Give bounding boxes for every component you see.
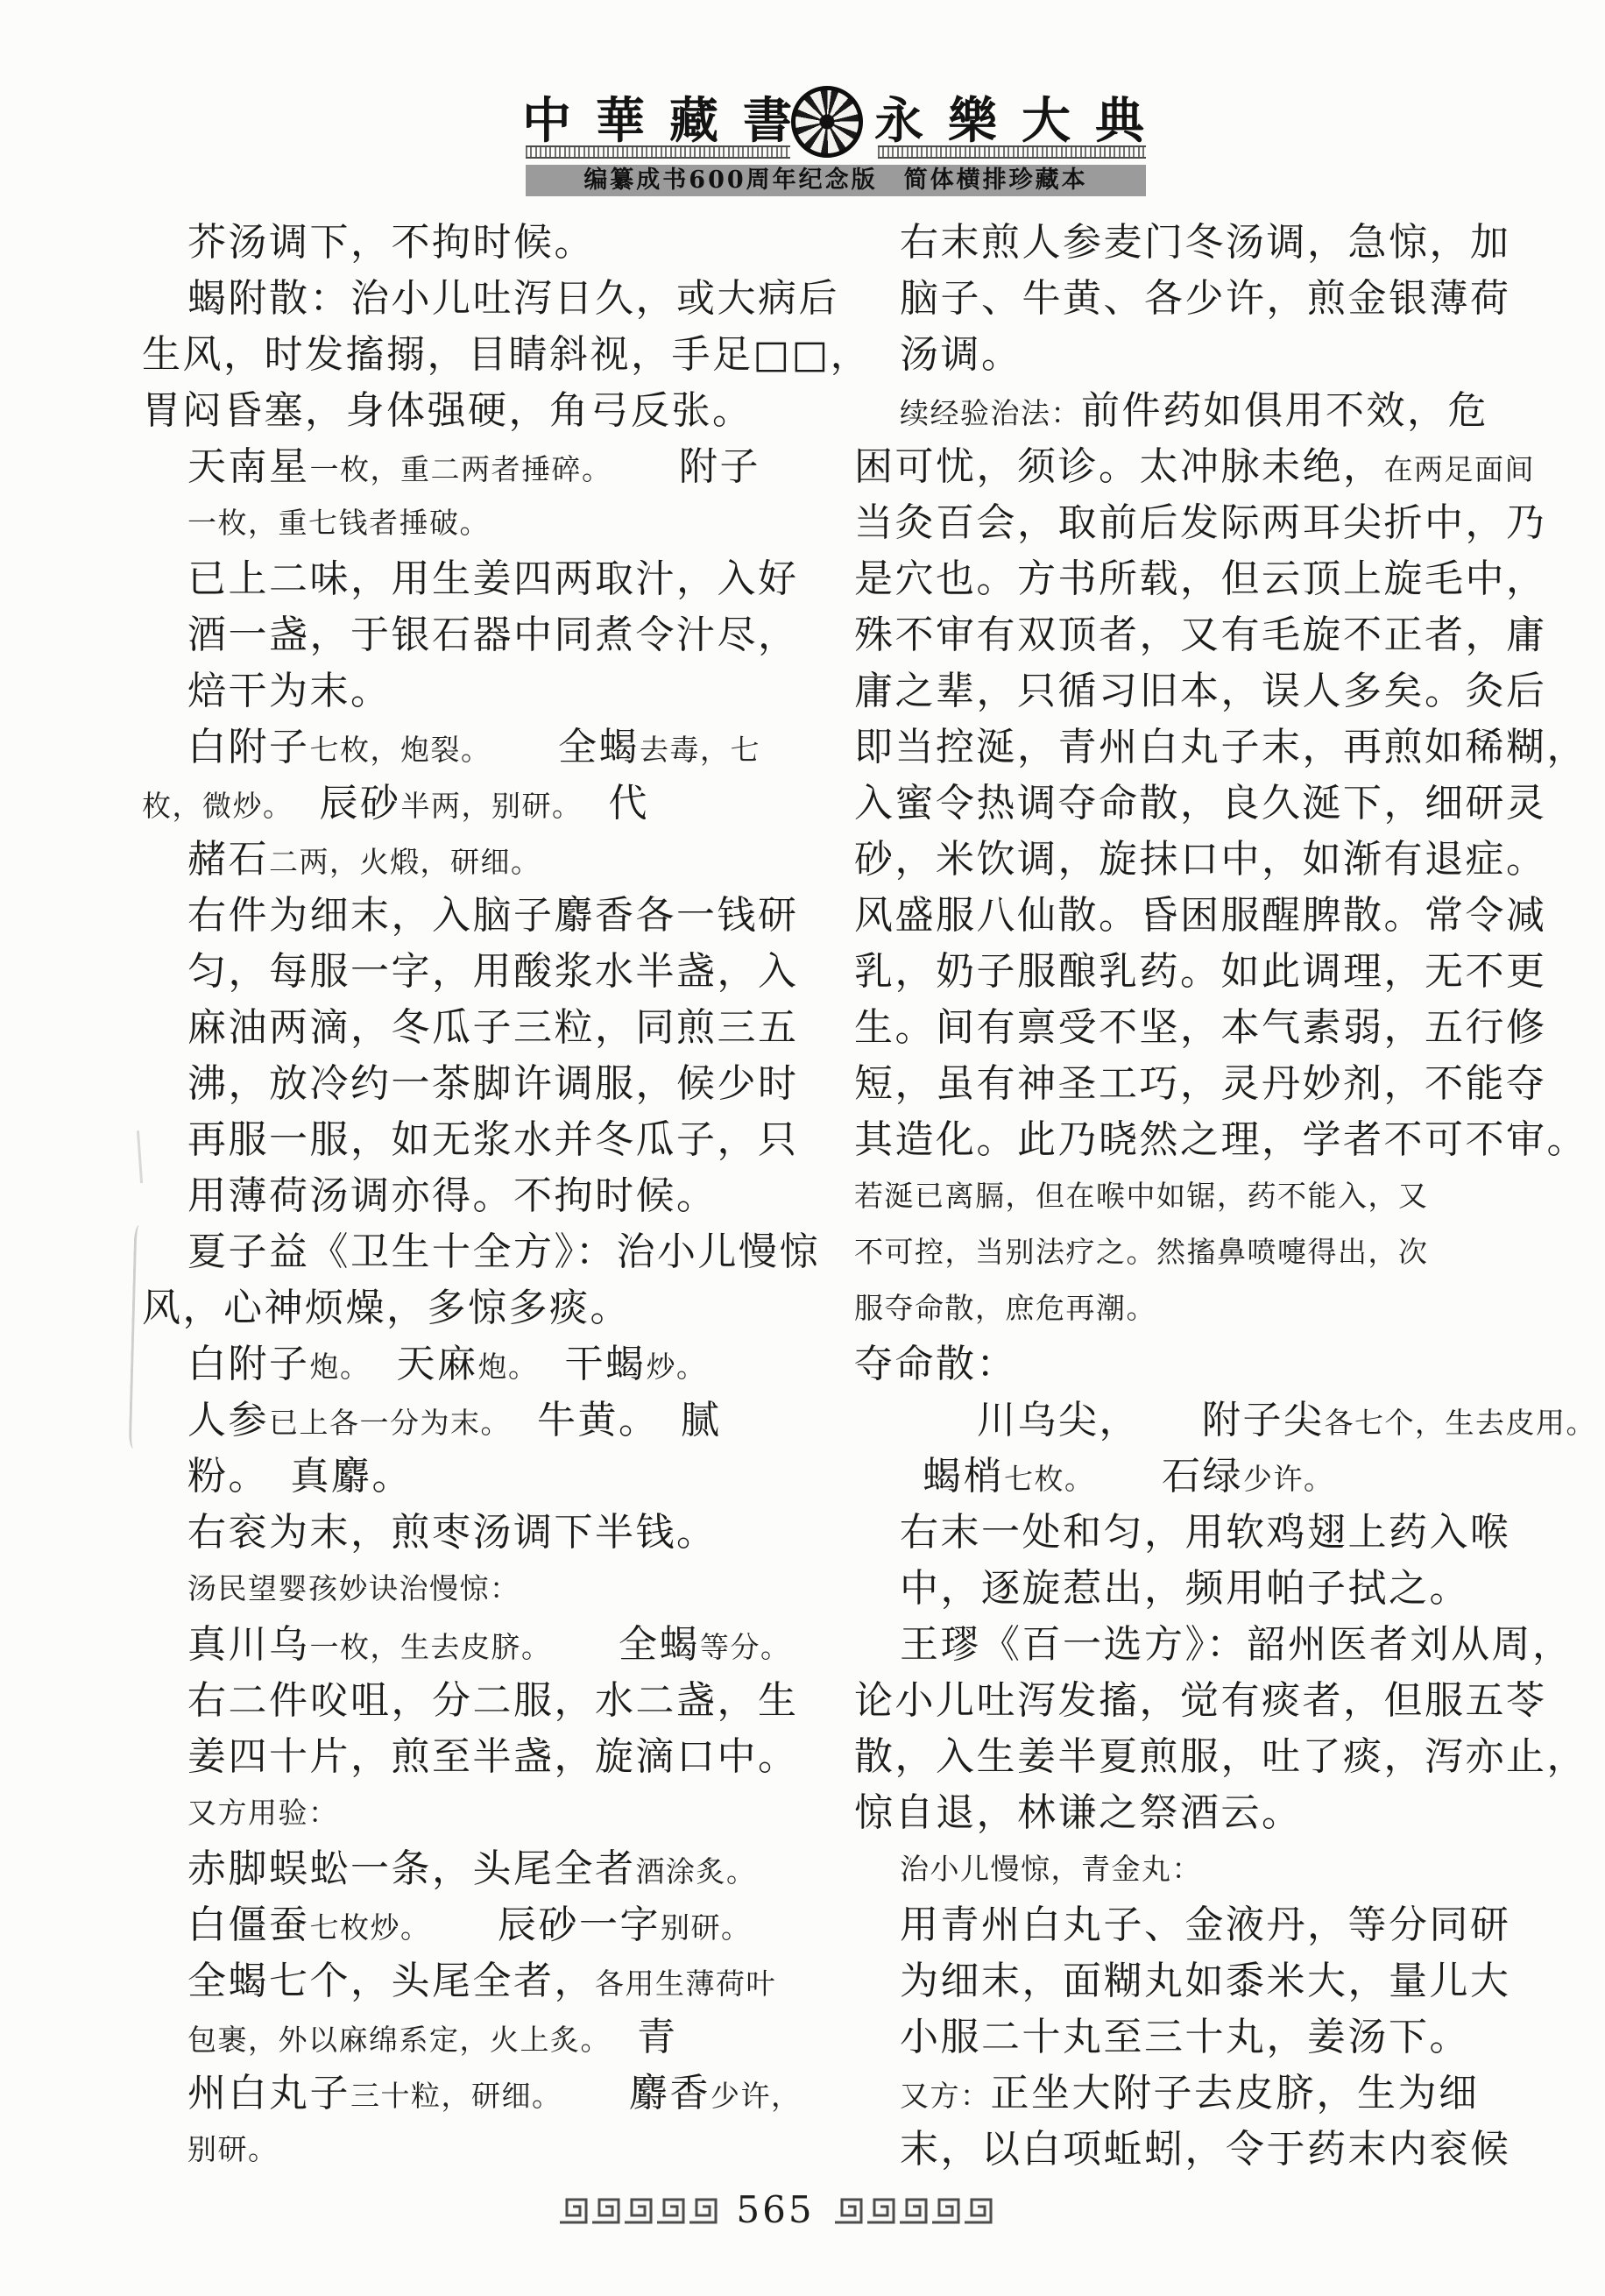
annotation-text-run: 又方用验： (187, 1796, 339, 1830)
text-line: 王璆《百一选方》：韶州医者刘从周， (854, 1617, 1533, 1673)
annotation-text-run: 汤民望婴孩妙诀治慢惊： (187, 1571, 520, 1605)
text-line: 一枚，重七钱者捶破。 (142, 495, 832, 551)
text-line: 又方用验： (142, 1785, 832, 1841)
body-text-run (477, 725, 558, 769)
annotation-text-run: 七枚炒。 (310, 1910, 417, 1945)
body-text-run: 乳，奶子服酿乳药。如此调理，无不更 (854, 949, 1547, 994)
page-footer: 565 (557, 2189, 993, 2231)
body-text-run: 焙干为末。 (187, 669, 392, 713)
body-text-run: 右末一处和匀，用软鸡翅上药入喉 (900, 1510, 1511, 1555)
text-line: 用薄荷汤调亦得。不拘时候。 (142, 1168, 832, 1224)
body-text-run (497, 1398, 538, 1442)
body-text-run: 汤调。 (900, 332, 1022, 377)
body-text-run: 其造化。此乃晓然之理，学者不可不审。 (854, 1117, 1587, 1162)
body-text-run (548, 2071, 629, 2115)
body-text-run: 右末煎人参麦门冬汤调，急惊，加 (900, 220, 1511, 265)
annotation-text-run: 炮。 (310, 1350, 357, 1384)
body-text-run: 州白丸子 (187, 2071, 350, 2115)
body-text-run: 是穴也。方书所载，但云顶上旋毛中， (854, 556, 1547, 601)
annotation-text-run: 等分。 (700, 1630, 791, 1664)
body-text-run (537, 1622, 619, 1667)
annotation-text-run: 少许， (711, 2079, 802, 2113)
annotation-text-run: 炮。 (478, 1350, 525, 1384)
body-text-run: 全蝎 (619, 1622, 700, 1667)
body-text-run (250, 1454, 291, 1499)
text-line: 蝎梢七枚。 石绿少许。 (854, 1449, 1533, 1505)
text-line: 人参已上各一分为末。 牛黄。 腻 (142, 1392, 832, 1449)
series-title: 中華藏書 (522, 95, 817, 147)
annotation-text-run: 又方： (900, 2079, 991, 2113)
body-text-run: 入蜜令热调夺命散，良久涎下，细研灵 (854, 781, 1547, 826)
body-text-run: 王璆《百一选方》：韶州医者刘从周， (900, 1622, 1573, 1667)
text-line: 散，入生姜半夏煎服，吐了痰，泻亦止， (854, 1729, 1533, 1785)
body-text-run: 白附子 (187, 1342, 310, 1386)
body-text-run: 为细末，面糊丸如黍米大，量儿大 (900, 1959, 1511, 2003)
body-text-run: 末，以白项蚯蚓，令于药末内衮候 (900, 2127, 1511, 2172)
text-line: 蝎附散：治小儿吐泻日久，或大病后 (142, 271, 832, 327)
text-line: 州白丸子三十粒，研细。 麝香少许， (142, 2066, 832, 2122)
annotation-text-run: 一枚，重七钱者捶破。 (187, 506, 490, 540)
text-line: 赭石二两，火煅，研细。 (142, 832, 832, 888)
text-line: 风，心神烦燥，多惊多痰。 (142, 1280, 832, 1336)
annotation-text-run: 续经验治法： (900, 396, 1081, 430)
body-text-run: 困可忧，须诊。太冲脉未绝， (854, 444, 1384, 489)
annotation-text-run: 一枚，生去皮脐。 (310, 1630, 538, 1664)
text-line: 论小儿吐泻发搐，觉有痰者，但服五苓 (854, 1673, 1533, 1729)
body-text-run: 右件为细末，入脑子麝香各一钱研 (187, 893, 799, 938)
text-line: 乳，奶子服酿乳药。如此调理，无不更 (854, 944, 1533, 1000)
text-line: 风盛服八仙散。昏困服醒脾散。常令减 (854, 888, 1533, 944)
body-text-run: 前件药如俱用不效，危 (1081, 388, 1488, 433)
body-text-run (416, 1903, 498, 1947)
annotation-text-run: 三十粒，研细。 (350, 2079, 548, 2113)
text-line: 小服二十丸至三十丸，姜汤下。 (854, 2009, 1533, 2066)
text-line: 汤民望婴孩妙诀治慢惊： (142, 1561, 832, 1617)
annotation-text-run: 服夺命散，庶危再潮。 (854, 1291, 1156, 1325)
annotation-text-run: 各七个，生去皮用。 (1325, 1406, 1597, 1440)
body-text-run: 用青州白丸子、金液丹，等分同研 (900, 1903, 1511, 1947)
text-line: 再服一服，如无浆水并冬瓜子，只 (142, 1112, 832, 1168)
body-text-run: 川乌尖， (977, 1398, 1121, 1442)
body-text-run: 蝎梢 (923, 1454, 1004, 1499)
body-text-run (640, 1398, 682, 1442)
text-line: 全蝎七个，头尾全者，各用生薄荷叶 (142, 1953, 832, 2009)
book-title: 永樂大典 (874, 95, 1169, 147)
body-text-run: 正坐大附子去皮脐，生为细 (991, 2071, 1480, 2115)
text-line: 惊自退，林谦之祭酒云。 (854, 1785, 1533, 1841)
body-text-run: 白附子 (187, 725, 310, 769)
text-line: 麻油两滴，冬瓜子三粒，同煎三五 (142, 1000, 832, 1056)
body-text-run: 散，入生姜半夏煎服，吐了痰，泻亦止， (854, 1734, 1587, 1779)
text-line: 川乌尖， 附子尖各七个，生去皮用。 (854, 1392, 1533, 1449)
body-text-run: 胃闷昏塞，身体强硬，角弓反张。 (142, 388, 753, 433)
body-text-run: 麝香 (629, 2071, 711, 2115)
text-line: 右末一处和匀，用软鸡翅上药入喉 (854, 1505, 1533, 1561)
text-line: 粉。 真麝。 (142, 1449, 832, 1505)
body-text-run: 即当控涎，青州白丸子末，再煎如稀糊， (854, 725, 1587, 769)
body-text-run: 殊不审有双顶者，又有毛旋不正者，庸 (854, 613, 1547, 657)
text-line: 若涎已离膈，但在喉中如锯，药不能入，又 (854, 1168, 1533, 1224)
scanned-book-page: 中華藏書 永樂大典 编纂成书600周年纪念版 简体横排珍藏本 芥汤调下，不拘时候… (0, 0, 1605, 2296)
body-text-run: 代 (609, 781, 650, 826)
text-line: 匀，每服一字，用酸浆水半盏，入 (142, 944, 832, 1000)
body-text-run: 辰砂 (320, 781, 401, 826)
body-text-run: 风盛服八仙散。昏困服醒脾散。常令减 (854, 893, 1547, 938)
text-line: 酒一盏，于银石器中同煮令汁尽， (142, 607, 832, 663)
text-column-right: 右末煎人参麦门冬汤调，急惊，加脑子、牛黄、各少许，煎金银薄荷汤调。续经验治法：前… (854, 215, 1533, 2178)
body-text-run: 用薄荷汤调亦得。不拘时候。 (187, 1173, 718, 1218)
meander-ornament-icon (832, 2194, 993, 2226)
body-text-run: 生。间有禀受不坚，本气素弱，五行修 (854, 1005, 1547, 1050)
body-text-run: 腻 (681, 1398, 722, 1442)
publisher-seal-icon (791, 86, 863, 158)
text-line: 夏子益《卫生十全方》：治小儿慢惊 (142, 1224, 832, 1280)
body-text-run: 匀，每服一字，用酸浆水半盏，入 (187, 949, 799, 994)
body-text-run (279, 781, 320, 826)
body-text-run: 全蝎七个，头尾全者， (187, 1959, 595, 2003)
text-line: 中，逐旋惹出，频用帕子拭之。 (854, 1561, 1533, 1617)
edition-banner: 编纂成书600周年纪念版 简体横排珍藏本 (526, 165, 1146, 196)
text-line: 为细末，面糊丸如黍米大，量儿大 (854, 1953, 1533, 2009)
body-text-run: 生风，时发搐搦，目睛斜视，手足□□， (142, 332, 871, 377)
body-text-run (356, 1342, 397, 1386)
text-line: 枚，微炒。 辰砂半两，别研。 代 (142, 776, 832, 832)
body-text-run: 附子 (679, 444, 760, 489)
body-text-run: 惊自退，林谦之祭酒云。 (854, 1790, 1303, 1835)
body-text-run: 蝎附散：治小儿吐泻日久，或大病后 (187, 276, 839, 321)
annotation-text-run: 若涎已离膈，但在喉中如锯，药不能入，又 (854, 1179, 1429, 1213)
text-line: 其造化。此乃晓然之理，学者不可不审。 (854, 1112, 1533, 1168)
text-line: 砂，米饮调，旋抹口中，如渐有退症。 (854, 832, 1533, 888)
annotation-text-run: 炒。 (647, 1350, 707, 1384)
text-line: 生风，时发搐搦，目睛斜视，手足□□， (142, 327, 832, 383)
body-text-run: 小服二十丸至三十丸，姜汤下。 (900, 2015, 1470, 2059)
text-line: 白附子七枚，炮裂。 全蝎去毒，七 (142, 719, 832, 776)
text-line: 用青州白丸子、金液丹，等分同研 (854, 1897, 1533, 1953)
annotation-text-run: 别研。 (187, 2132, 279, 2166)
annotation-text-run: 七枚。 (1004, 1462, 1080, 1496)
text-line: 包裹，外以麻绵系定，火上炙。 青 (142, 2009, 832, 2066)
annotation-text-run: 别研。 (661, 1910, 752, 1945)
body-text-run: 芥汤调下，不拘时候。 (187, 220, 595, 265)
text-line: 已上二味，用生姜四两取汁，入好 (142, 551, 832, 607)
body-text-run: 当灸百会，取前后发际两耳尖折中，乃 (854, 500, 1547, 545)
text-line: 焙干为末。 (142, 663, 832, 719)
text-line: 即当控涎，青州白丸子末，再煎如稀糊， (854, 719, 1533, 776)
annotation-text-run: 二两，火煅，研细。 (269, 845, 541, 879)
annotation-text-run: 少许。 (1243, 1462, 1334, 1496)
body-text-run: 脑子、牛黄、各少许，煎金银薄荷 (900, 276, 1511, 321)
text-line: 服夺命散，庶危再潮。 (854, 1280, 1533, 1336)
body-text-run: 真川乌 (187, 1622, 310, 1667)
annotation-text-run: 在两足面间 (1384, 452, 1536, 486)
body-text-run: 麻油两滴，冬瓜子三粒，同煎三五 (187, 1005, 799, 1050)
body-text-run: 天南星 (187, 444, 310, 489)
body-text-run: 青 (637, 2015, 678, 2059)
body-text-run: 干蝎 (565, 1342, 647, 1386)
body-text-run (597, 2015, 638, 2059)
annotation-text-run: 治小儿慢惊，青金丸： (900, 1852, 1202, 1886)
annotation-text-run: 一枚，重二两者捶碎。 (310, 452, 598, 486)
body-text-run (524, 1342, 565, 1386)
annotation-text-run: 不可控，当别法疗之。然搐鼻喷嚏得出，次 (854, 1235, 1429, 1269)
meander-ornament-band (526, 145, 790, 159)
annotation-text-run: 包裹，外以麻绵系定，火上炙。 (187, 2023, 597, 2057)
body-text-run: 中，逐旋惹出，频用帕子拭之。 (900, 1566, 1470, 1611)
body-text-run: 白僵蚕 (187, 1903, 310, 1947)
body-text-run: 粉。 (187, 1454, 250, 1499)
text-line: 困可忧，须诊。太冲脉未绝，在两足面间 (854, 439, 1533, 495)
body-text-run: 砂，米饮调，旋抹口中，如渐有退症。 (854, 837, 1547, 882)
text-line: 右件为细末，入脑子麝香各一钱研 (142, 888, 832, 944)
text-line: 真川乌一枚，生去皮脐。 全蝎等分。 (142, 1617, 832, 1673)
body-text-run: 风，心神烦燥，多惊多痰。 (142, 1286, 631, 1330)
text-line: 姜四十片，煎至半盏，旋滴口中。 (142, 1729, 832, 1785)
text-line: 白附子炮。 天麻炮。 干蝎炒。 (142, 1336, 832, 1392)
body-text-run: 右衮为末，煎枣汤调下半钱。 (187, 1510, 718, 1555)
body-text-run: 石绿 (1162, 1454, 1243, 1499)
text-line: 入蜜令热调夺命散，良久涎下，细研灵 (854, 776, 1533, 832)
text-line: 天南星一枚，重二两者捶碎。 附子 (142, 439, 832, 495)
body-text-run: 已上二味，用生姜四两取汁，入好 (187, 556, 799, 601)
body-text-run: 真麝。 (291, 1454, 414, 1499)
text-line: 右末煎人参麦门冬汤调，急惊，加 (854, 215, 1533, 271)
text-line: 白僵蚕七枚炒。 辰砂一字别研。 (142, 1897, 832, 1953)
text-line: 庸之辈，只循习旧本，误人多矣。灸后 (854, 663, 1533, 719)
body-text-run: 沸，放冷约一茶脚许调服，候少时 (187, 1061, 799, 1106)
text-line: 汤调。 (854, 327, 1533, 383)
body-text-run: 赤脚蜈蚣一条，头尾全者 (187, 1846, 636, 1891)
meander-ornament-icon (557, 2194, 718, 2226)
body-text-run: 附子尖 (1202, 1398, 1325, 1442)
body-text-run: 夏子益《卫生十全方》：治小儿慢惊 (187, 1229, 820, 1274)
body-text-run: 酒一盏，于银石器中同煮令汁尽， (187, 613, 799, 657)
meander-ornament-band (878, 145, 1146, 159)
text-line: 又方：正坐大附子去皮脐，生为细 (854, 2066, 1533, 2122)
annotation-text-run: 枚，微炒。 (142, 789, 279, 823)
text-line: 短，虽有神圣工巧，灵丹妙剂，不能夺 (854, 1056, 1533, 1112)
body-text-run: 短，虽有神圣工巧，灵丹妙剂，不能夺 (854, 1061, 1547, 1106)
body-text-run: 姜四十片，煎至半盏，旋滴口中。 (187, 1734, 799, 1779)
text-line: 芥汤调下，不拘时候。 (142, 215, 832, 271)
text-line: 生。间有禀受不坚，本气素弱，五行修 (854, 1000, 1533, 1056)
annotation-text-run: 已上各一分为末。 (269, 1406, 497, 1440)
text-line: 胃闷昏塞，身体强硬，角弓反张。 (142, 383, 832, 439)
text-line: 右二件㕮咀，分二服，水二盏，生 (142, 1673, 832, 1729)
annotation-text-run: 去毒，七 (640, 733, 760, 767)
body-text-run: 再服一服，如无浆水并冬瓜子，只 (187, 1117, 799, 1162)
body-text-run: 天麻 (397, 1342, 478, 1386)
text-line: 治小儿慢惊，青金丸： (854, 1841, 1533, 1897)
body-text-run: 全蝎 (558, 725, 640, 769)
body-text-run: 人参 (187, 1398, 269, 1442)
text-line: 当灸百会，取前后发际两耳尖折中，乃 (854, 495, 1533, 551)
body-text-run (597, 444, 679, 489)
page-number: 565 (736, 2189, 814, 2231)
text-column-left: 芥汤调下，不拘时候。蝎附散：治小儿吐泻日久，或大病后生风，时发搐搦，目睛斜视，手… (142, 215, 832, 2178)
body-text-run: 夺命散： (854, 1342, 1017, 1386)
text-line: 殊不审有双顶者，又有毛旋不正者，庸 (854, 607, 1533, 663)
text-line: 赤脚蜈蚣一条，头尾全者酒涂炙。 (142, 1841, 832, 1897)
text-line: 沸，放冷约一茶脚许调服，候少时 (142, 1056, 832, 1112)
body-text-run (568, 781, 609, 826)
body-text-run: 牛黄。 (537, 1398, 640, 1442)
annotation-text-run: 各用生薄荷叶 (595, 1966, 776, 2001)
text-line: 脑子、牛黄、各少许，煎金银薄荷 (854, 271, 1533, 327)
text-line: 夺命散： (854, 1336, 1533, 1392)
annotation-text-run: 酒涂炙。 (636, 1854, 757, 1889)
annotation-text-run: 七枚，炮裂。 (310, 733, 477, 767)
annotation-text-run: 半两，别研。 (401, 789, 569, 823)
text-line: 右衮为末，煎枣汤调下半钱。 (142, 1505, 832, 1561)
body-text-run: 论小儿吐泻发搐，觉有痰者，但服五苓 (854, 1678, 1547, 1723)
body-text-run: 右二件㕮咀，分二服，水二盏，生 (187, 1678, 799, 1723)
body-text-run: 辰砂一字 (498, 1903, 661, 1947)
body-text-run (1121, 1398, 1202, 1442)
text-line: 末，以白项蚯蚓，令于药末内衮候 (854, 2122, 1533, 2178)
body-text-run (1080, 1454, 1162, 1499)
text-line: 是穴也。方书所载，但云顶上旋毛中， (854, 551, 1533, 607)
text-line: 别研。 (142, 2122, 832, 2178)
text-line: 不可控，当别法疗之。然搐鼻喷嚏得出，次 (854, 1224, 1533, 1280)
text-line: 续经验治法：前件药如俱用不效，危 (854, 383, 1533, 439)
body-text-run: 庸之辈，只循习旧本，误人多矣。灸后 (854, 669, 1547, 713)
body-text-run: 赭石 (187, 837, 269, 882)
